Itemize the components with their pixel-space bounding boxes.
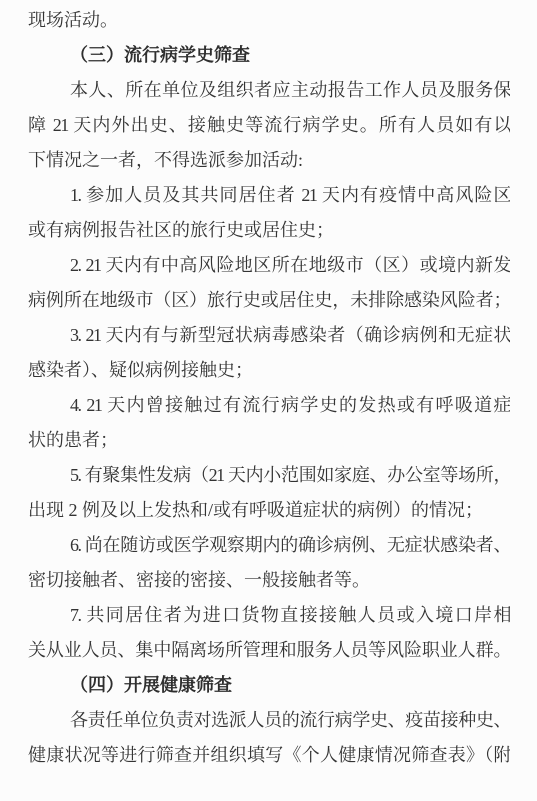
list-item-4-line: 状的患者； — [28, 423, 510, 458]
list-item-6-line: 密切接触者、密接的密接、一般接触者等。 — [28, 563, 510, 598]
list-item-1-line: 1. 参加人员及其共同居住者 21 天内有疫情中高风险区 — [28, 178, 510, 213]
list-item-7-line: 7. 共同居住者为进口货物直接接触人员或入境口岸相 — [28, 598, 510, 633]
section-heading-4: （四）开展健康筛查 — [28, 668, 510, 703]
list-item-5-line: 出现 2 例及以上发热和/或有呼吸道症状的病例）的情况； — [28, 493, 510, 528]
list-item-2-line: 病例所在地级市（区）旅行史或居住史，未排除感染风险者； — [28, 283, 510, 318]
text-line: 现场活动。 — [28, 3, 510, 38]
list-item-3-line: 3. 21 天内有与新型冠状病毒感染者（确诊病例和无症状 — [28, 318, 510, 353]
list-item-4-line: 4. 21 天内曾接触过有流行病学史的发热或有呼吸道症 — [28, 388, 510, 423]
list-item-3-line: 感染者）、疑似病例接触史； — [28, 353, 510, 388]
section-heading-3: （三）流行病学史筛查 — [28, 38, 510, 73]
document-page: 现场活动。 （三）流行病学史筛查 本人、所在单位及组织者应主动报告工作人员及服务… — [0, 0, 537, 801]
paragraph-line: 健康状况等进行筛查并组织填写《个人健康情况筛查表》（附 — [28, 738, 510, 773]
list-item-2-line: 2. 21 天内有中高风险地区所在地级市（区）或境内新发 — [28, 248, 510, 283]
paragraph-line: 障 21 天内外出史、接触史等流行病学史。所有人员如有以 — [28, 108, 510, 143]
paragraph-line: 本人、所在单位及组织者应主动报告工作人员及服务保 — [28, 73, 510, 108]
list-item-1-line: 或有病例报告社区的旅行史或居住史； — [28, 213, 510, 248]
list-item-6-line: 6. 尚在随访或医学观察期内的确诊病例、无症状感染者、 — [28, 528, 510, 563]
list-item-7-line: 关从业人员、集中隔离场所管理和服务人员等风险职业人群。 — [28, 633, 510, 668]
list-item-5-line: 5. 有聚集性发病（21 天内小范围如家庭、办公室等场所， — [28, 458, 510, 493]
paragraph-line: 各责任单位负责对选派人员的流行病学史、疫苗接种史、 — [28, 703, 510, 738]
paragraph-line: 下情况之一者，不得选派参加活动: — [28, 143, 510, 178]
